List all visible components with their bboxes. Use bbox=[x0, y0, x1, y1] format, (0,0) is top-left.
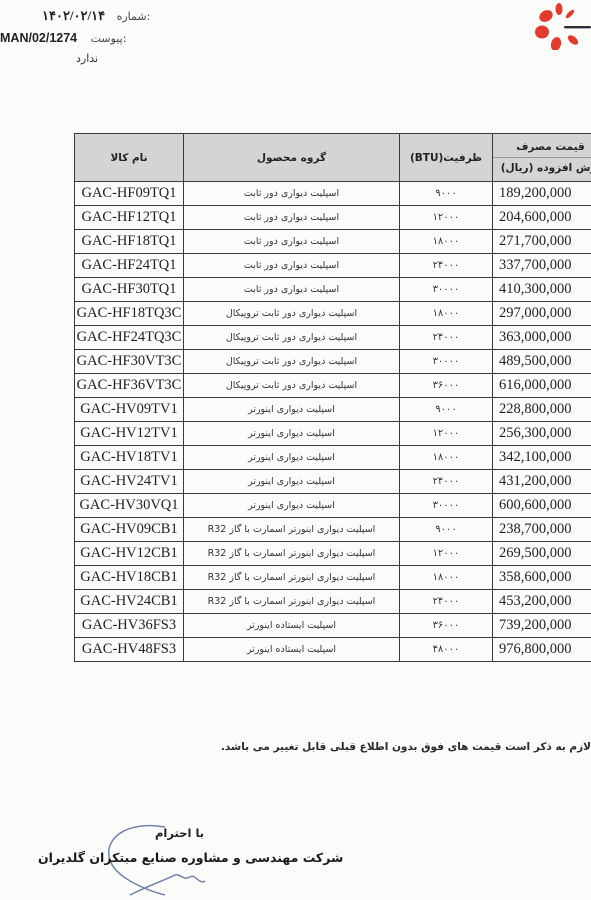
price-table: نام کالا گروه محصول ظرفیت(BTU) قیمت مصرف… bbox=[74, 133, 591, 662]
capacity-btu-cell: ۱۸۰۰۰ bbox=[400, 566, 493, 590]
product-group-cell: اسپلیت دیواری دور ثابت تروپیکال bbox=[184, 302, 400, 326]
product-name-cell: GAC-HF24TQ1 bbox=[75, 254, 184, 278]
product-group-cell: اسپلیت دیواری اینورتر bbox=[184, 422, 400, 446]
table-row: GAC-HF24TQ1اسپلیت دیواری دور ثابت۲۴۰۰۰33… bbox=[75, 254, 591, 278]
price-cell: 358,600,000 bbox=[493, 566, 591, 590]
price-header-line2: ارزش افزوده (ریال) bbox=[493, 157, 591, 178]
product-name-cell: GAC-HV18CB1 bbox=[75, 566, 184, 590]
capacity-btu-cell: ۲۴۰۰۰ bbox=[400, 470, 493, 494]
product-group-cell: اسپلیت دیواری اینورتر bbox=[184, 398, 400, 422]
product-name-cell: GAC-HF30VT3C bbox=[75, 350, 184, 374]
price-cell: 739,200,000 bbox=[493, 614, 591, 638]
product-group-cell: اسپلیت دیواری اینورتر اسمارت با گاز R32 bbox=[184, 566, 400, 590]
table-row: GAC-HF30VT3Cاسپلیت دیواری دور ثابت تروپی… bbox=[75, 350, 591, 374]
capacity-btu-cell: ۳۰۰۰۰ bbox=[400, 350, 493, 374]
column-header-name: نام کالا bbox=[75, 134, 184, 182]
price-cell: 342,100,000 bbox=[493, 446, 591, 470]
price-change-note: لازم به ذکر است قیمت های فوق بدون اطلاع … bbox=[221, 741, 591, 753]
product-group-cell: اسپلیت دیواری اینورتر اسمارت با گاز R32 bbox=[184, 590, 400, 614]
product-group-cell: اسپلیت ایستاده اینورتر bbox=[184, 638, 400, 662]
capacity-btu-cell: ۲۴۰۰۰ bbox=[400, 590, 493, 614]
price-cell: 271,700,000 bbox=[493, 230, 591, 254]
table-row: GAC-HV12CB1اسپلیت دیواری اینورتر اسمارت … bbox=[75, 542, 591, 566]
product-group-cell: اسپلیت دیواری اینورتر اسمارت با گاز R32 bbox=[184, 542, 400, 566]
capacity-btu-cell: ۳۰۰۰۰ bbox=[400, 278, 493, 302]
capacity-btu-cell: ۹۰۰۰ bbox=[400, 182, 493, 206]
product-group-cell: اسپلیت دیواری دور ثابت bbox=[184, 182, 400, 206]
attachment-line: MAN/02/1274 پیوست: bbox=[0, 31, 126, 45]
product-name-cell: GAC-HV30VQ1 bbox=[75, 494, 184, 518]
capacity-btu-cell: ۱۲۰۰۰ bbox=[400, 206, 493, 230]
product-group-cell: اسپلیت دیواری دور ثابت bbox=[184, 278, 400, 302]
column-header-btu: ظرفیت(BTU) bbox=[400, 134, 493, 182]
table-row: GAC-HV09TV1اسپلیت دیواری اینورتر۹۰۰۰228,… bbox=[75, 398, 591, 422]
price-cell: 238,700,000 bbox=[493, 518, 591, 542]
price-header-line1: قیمت مصرف bbox=[493, 137, 591, 157]
price-cell: 431,200,000 bbox=[493, 470, 591, 494]
table-row: GAC-HV09CB1اسپلیت دیواری اینورتر اسمارت … bbox=[75, 518, 591, 542]
product-name-cell: GAC-HV18TV1 bbox=[75, 446, 184, 470]
price-cell: 297,000,000 bbox=[493, 302, 591, 326]
product-group-cell: اسپلیت دیواری اینورتر اسمارت با گاز R32 bbox=[184, 518, 400, 542]
product-name-cell: GAC-HF18TQ3C bbox=[75, 302, 184, 326]
capacity-btu-cell: ۲۴۰۰۰ bbox=[400, 326, 493, 350]
table-row: GAC-HF12TQ1اسپلیت دیواری دور ثابت۱۲۰۰۰20… bbox=[75, 206, 591, 230]
number-line: ۱۴۰۲/۰۲/۱۴ شماره: bbox=[42, 8, 150, 24]
table-row: GAC-HV36FS3اسپلیت ایستاده اینورتر۳۶۰۰۰73… bbox=[75, 614, 591, 638]
price-cell: 363,000,000 bbox=[493, 326, 591, 350]
price-cell: 489,500,000 bbox=[493, 350, 591, 374]
capacity-btu-cell: ۳۶۰۰۰ bbox=[400, 614, 493, 638]
table-row: GAC-HV48FS3اسپلیت ایستاده اینورتر۴۸۰۰۰97… bbox=[75, 638, 591, 662]
table-row: GAC-HF36VT3Cاسپلیت دیواری دور ثابت تروپی… bbox=[75, 374, 591, 398]
price-cell: 228,800,000 bbox=[493, 398, 591, 422]
product-group-cell: اسپلیت ایستاده اینورتر bbox=[184, 614, 400, 638]
price-cell: 189,200,000 bbox=[493, 182, 591, 206]
product-group-cell: اسپلیت دیواری اینورتر bbox=[184, 470, 400, 494]
closing-greeting: با احترام bbox=[155, 826, 204, 840]
table-row: GAC-HV18TV1اسپلیت دیواری اینورتر۱۸۰۰۰342… bbox=[75, 446, 591, 470]
table-row: GAC-HV24TV1اسپلیت دیواری اینورتر۲۴۰۰۰431… bbox=[75, 470, 591, 494]
capacity-btu-cell: ۳۶۰۰۰ bbox=[400, 374, 493, 398]
company-flower-logo-icon bbox=[528, 2, 591, 50]
table-row: GAC-HF24TQ3Cاسپلیت دیواری دور ثابت تروپی… bbox=[75, 326, 591, 350]
capacity-btu-cell: ۱۲۰۰۰ bbox=[400, 542, 493, 566]
capacity-btu-cell: ۴۸۰۰۰ bbox=[400, 638, 493, 662]
capacity-btu-cell: ۱۸۰۰۰ bbox=[400, 230, 493, 254]
price-cell: 256,300,000 bbox=[493, 422, 591, 446]
column-header-price: قیمت مصرف ارزش افزوده (ریال) bbox=[493, 134, 591, 182]
product-name-cell: GAC-HF36VT3C bbox=[75, 374, 184, 398]
product-group-cell: اسپلیت دیواری دور ثابت bbox=[184, 230, 400, 254]
product-name-cell: GAC-HF18TQ1 bbox=[75, 230, 184, 254]
capacity-btu-cell: ۹۰۰۰ bbox=[400, 398, 493, 422]
capacity-btu-cell: ۲۴۰۰۰ bbox=[400, 254, 493, 278]
product-name-cell: GAC-HV24CB1 bbox=[75, 590, 184, 614]
attachment-label: پیوست: bbox=[91, 32, 127, 45]
capacity-btu-cell: ۹۰۰۰ bbox=[400, 518, 493, 542]
product-group-cell: اسپلیت دیواری دور ثابت تروپیکال bbox=[184, 326, 400, 350]
product-group-cell: اسپلیت دیواری دور ثابت bbox=[184, 254, 400, 278]
table-row: GAC-HF18TQ3Cاسپلیت دیواری دور ثابت تروپی… bbox=[75, 302, 591, 326]
table-row: GAC-HF18TQ1اسپلیت دیواری دور ثابت۱۸۰۰۰27… bbox=[75, 230, 591, 254]
product-name-cell: GAC-HF30TQ1 bbox=[75, 278, 184, 302]
product-name-cell: GAC-HV12TV1 bbox=[75, 422, 184, 446]
table-row: GAC-HV18CB1اسپلیت دیواری اینورتر اسمارت … bbox=[75, 566, 591, 590]
price-cell: 410,300,000 bbox=[493, 278, 591, 302]
product-group-cell: اسپلیت دیواری دور ثابت تروپیکال bbox=[184, 350, 400, 374]
product-name-cell: GAC-HV48FS3 bbox=[75, 638, 184, 662]
product-name-cell: GAC-HV12CB1 bbox=[75, 542, 184, 566]
capacity-btu-cell: ۱۲۰۰۰ bbox=[400, 422, 493, 446]
price-cell: 204,600,000 bbox=[493, 206, 591, 230]
price-cell: 600,600,000 bbox=[493, 494, 591, 518]
table-header-row: نام کالا گروه محصول ظرفیت(BTU) قیمت مصرف… bbox=[75, 134, 591, 182]
table-row: GAC-HV12TV1اسپلیت دیواری اینورتر۱۲۰۰۰256… bbox=[75, 422, 591, 446]
column-header-group: گروه محصول bbox=[184, 134, 400, 182]
product-name-cell: GAC-HV36FS3 bbox=[75, 614, 184, 638]
product-name-cell: GAC-HF24TQ3C bbox=[75, 326, 184, 350]
price-cell: 976,800,000 bbox=[493, 638, 591, 662]
price-cell: 337,700,000 bbox=[493, 254, 591, 278]
company-name: شرکت مهندسی و مشاوره صنایع مبتکران گلدیر… bbox=[38, 850, 343, 865]
table-row: GAC-HF09TQ1اسپلیت دیواری دور ثابت۹۰۰۰189… bbox=[75, 182, 591, 206]
capacity-btu-cell: ۳۰۰۰۰ bbox=[400, 494, 493, 518]
product-name-cell: GAC-HF12TQ1 bbox=[75, 206, 184, 230]
price-cell: 269,500,000 bbox=[493, 542, 591, 566]
product-name-cell: GAC-HV09TV1 bbox=[75, 398, 184, 422]
capacity-btu-cell: ۱۸۰۰۰ bbox=[400, 302, 493, 326]
price-cell: 453,200,000 bbox=[493, 590, 591, 614]
product-group-cell: اسپلیت دیواری اینورتر bbox=[184, 494, 400, 518]
price-cell: 616,000,000 bbox=[493, 374, 591, 398]
product-group-cell: اسپلیت دیواری دور ثابت تروپیکال bbox=[184, 374, 400, 398]
product-name-cell: GAC-HV09CB1 bbox=[75, 518, 184, 542]
table-row: GAC-HV30VQ1اسپلیت دیواری اینورتر۳۰۰۰۰600… bbox=[75, 494, 591, 518]
table-row: GAC-HV24CB1اسپلیت دیواری اینورتر اسمارت … bbox=[75, 590, 591, 614]
table-row: GAC-HF30TQ1اسپلیت دیواری دور ثابت۳۰۰۰۰41… bbox=[75, 278, 591, 302]
capacity-btu-cell: ۱۸۰۰۰ bbox=[400, 446, 493, 470]
attachment-ref: MAN/02/1274 bbox=[0, 31, 77, 45]
product-group-cell: اسپلیت دیواری دور ثابت bbox=[184, 206, 400, 230]
number-value: ۱۴۰۲/۰۲/۱۴ bbox=[42, 8, 105, 23]
product-name-cell: GAC-HF09TQ1 bbox=[75, 182, 184, 206]
product-name-cell: GAC-HV24TV1 bbox=[75, 470, 184, 494]
attachment-value: ندارد bbox=[76, 52, 98, 65]
number-label: شماره: bbox=[117, 10, 151, 23]
product-group-cell: اسپلیت دیواری اینورتر bbox=[184, 446, 400, 470]
